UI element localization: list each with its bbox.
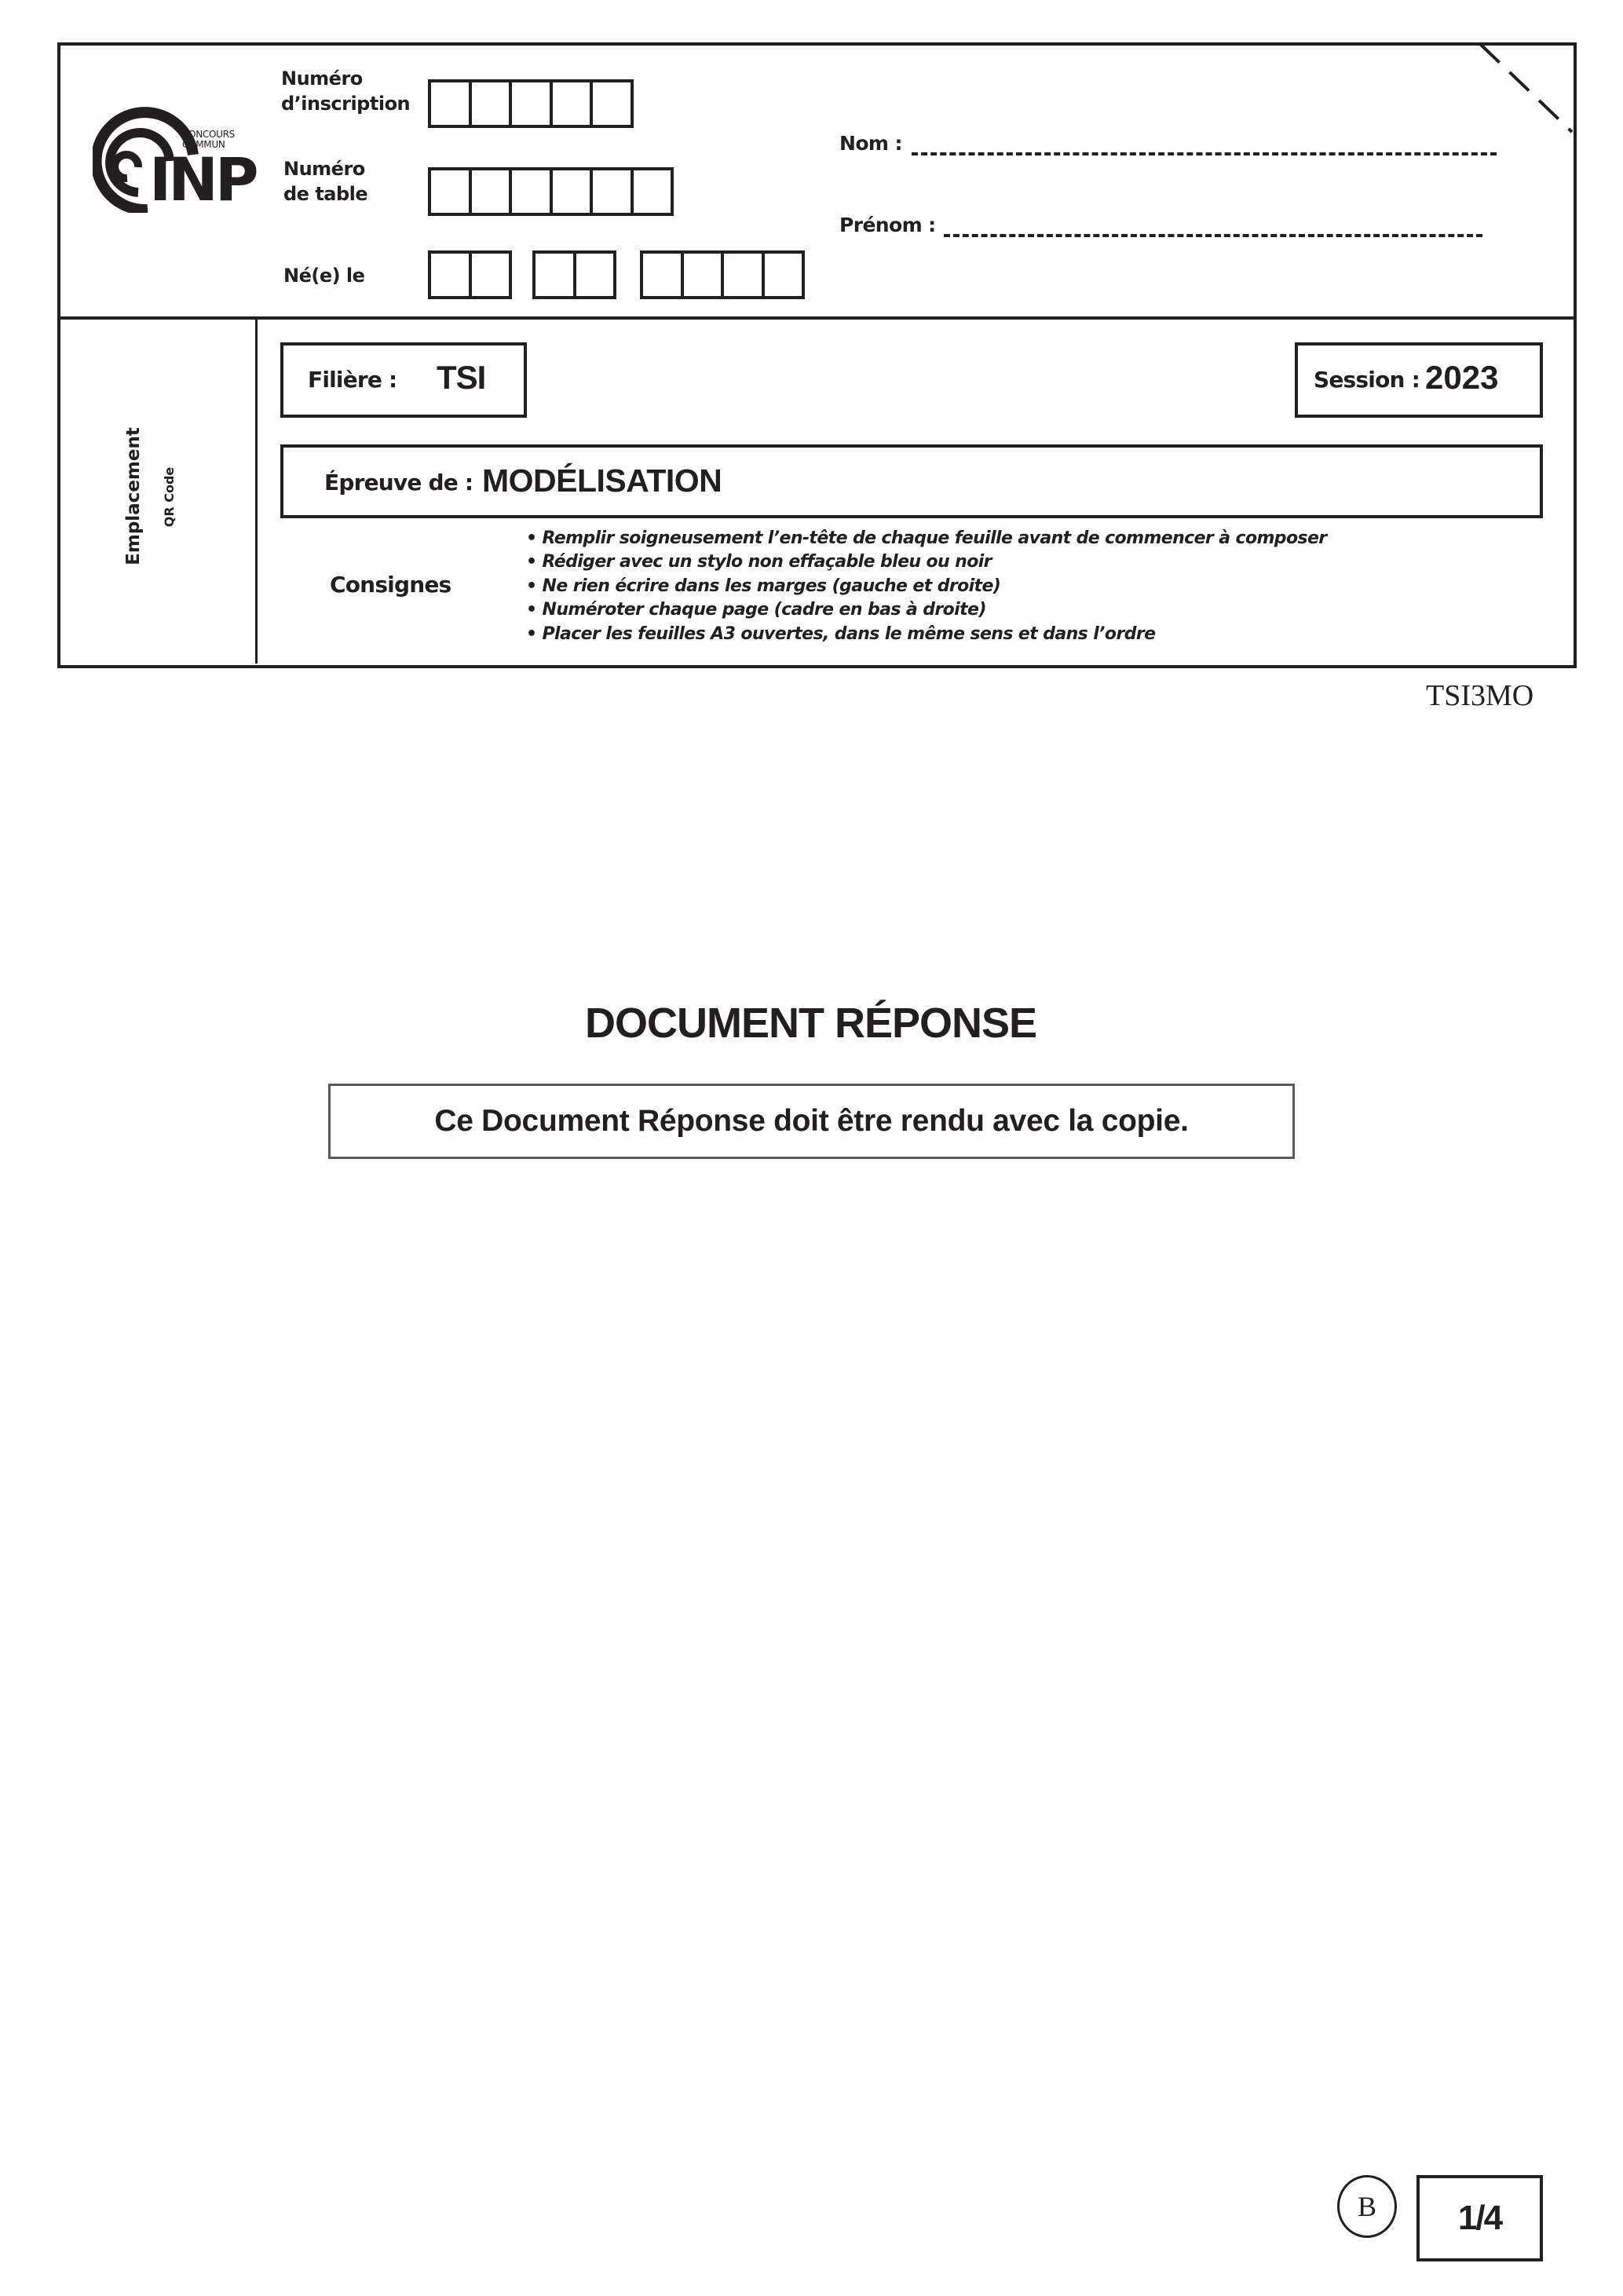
- digit-cell[interactable]: [721, 250, 765, 299]
- table-label-line2: de table: [283, 181, 367, 207]
- inscription-number-field[interactable]: [428, 79, 634, 128]
- consignes-label: Consignes: [330, 572, 451, 598]
- birth-day-field[interactable]: [428, 250, 512, 299]
- subject-code: TSI3MO: [1426, 678, 1533, 713]
- filiere-value: TSI: [437, 359, 485, 397]
- digit-cell[interactable]: [469, 250, 513, 299]
- page-number-box: 1/4: [1416, 2175, 1543, 2261]
- filiere-label: Filière :: [308, 367, 397, 393]
- consigne-item: Ne rien écrire dans les marges (gauche e…: [526, 575, 1000, 598]
- table-label-line1: Numéro: [283, 156, 367, 181]
- birth-year-field[interactable]: [640, 250, 805, 299]
- digit-cell[interactable]: [509, 79, 553, 128]
- prenom-field[interactable]: [944, 234, 1482, 237]
- variant-badge: B: [1337, 2175, 1397, 2238]
- consigne-item: Rédiger avec un stylo non effaçable bleu…: [526, 550, 992, 574]
- cinp-logo: CONCOURS COMMUN INP: [93, 104, 254, 213]
- digit-cell[interactable]: [428, 167, 472, 216]
- variant-letter: B: [1358, 2190, 1376, 2223]
- qr-label-line2: QR Code: [163, 419, 177, 576]
- digit-cell[interactable]: [631, 167, 674, 216]
- digit-cell[interactable]: [590, 167, 634, 216]
- digit-cell[interactable]: [550, 167, 594, 216]
- digit-cell[interactable]: [532, 250, 576, 299]
- consigne-item: Remplir soigneusement l’en-tête de chaqu…: [526, 527, 1327, 550]
- filiere-box: Filière : TSI: [280, 342, 527, 418]
- document-title: DOCUMENT RÉPONSE: [0, 999, 1622, 1047]
- return-notice-box: Ce Document Réponse doit être rendu avec…: [328, 1084, 1295, 1159]
- digit-cell[interactable]: [469, 167, 513, 216]
- nom-field[interactable]: [912, 152, 1497, 155]
- digit-cell[interactable]: [573, 250, 617, 299]
- header-divider: [57, 316, 1574, 320]
- digit-cell[interactable]: [640, 250, 684, 299]
- epreuve-value: MODÉLISATION: [482, 462, 722, 499]
- epreuve-label: Épreuve de :: [324, 470, 473, 495]
- digit-cell[interactable]: [550, 79, 594, 128]
- qr-code-location: Emplacement QR Code: [110, 418, 157, 575]
- qr-label-line1: Emplacement: [124, 418, 143, 575]
- consigne-item: Placer les feuilles A3 ouvertes, dans le…: [526, 623, 1155, 646]
- digit-cell[interactable]: [762, 250, 806, 299]
- inscription-label-line1: Numéro: [281, 66, 410, 91]
- birth-date-label: Né(e) le: [283, 263, 364, 288]
- table-number-field[interactable]: [428, 167, 674, 216]
- digit-cell[interactable]: [428, 79, 472, 128]
- inscription-label: Numéro d’inscription: [281, 66, 410, 116]
- prenom-label: Prénom :: [839, 214, 936, 236]
- digit-cell[interactable]: [681, 250, 725, 299]
- digit-cell[interactable]: [469, 79, 513, 128]
- corner-cut-mark: [1476, 42, 1574, 137]
- page-number: 1/4: [1458, 2199, 1501, 2238]
- digit-cell[interactable]: [590, 79, 634, 128]
- qr-divider: [255, 318, 258, 664]
- digit-cell[interactable]: [509, 167, 553, 216]
- consigne-item: Numéroter chaque page (cadre en bas à dr…: [526, 598, 986, 622]
- digit-cell[interactable]: [428, 250, 472, 299]
- return-notice: Ce Document Réponse doit être rendu avec…: [434, 1104, 1188, 1139]
- birth-month-field[interactable]: [532, 250, 616, 299]
- session-value: 2023: [1425, 359, 1498, 397]
- session-label: Session :: [1314, 367, 1420, 393]
- nom-label: Nom :: [839, 132, 902, 155]
- table-label: Numéro de table: [283, 156, 367, 207]
- logo-wordmark: INP: [149, 148, 256, 211]
- session-box: Session : 2023: [1295, 342, 1543, 418]
- epreuve-box: Épreuve de : MODÉLISATION: [280, 444, 1543, 518]
- inscription-label-line2: d’inscription: [281, 91, 410, 116]
